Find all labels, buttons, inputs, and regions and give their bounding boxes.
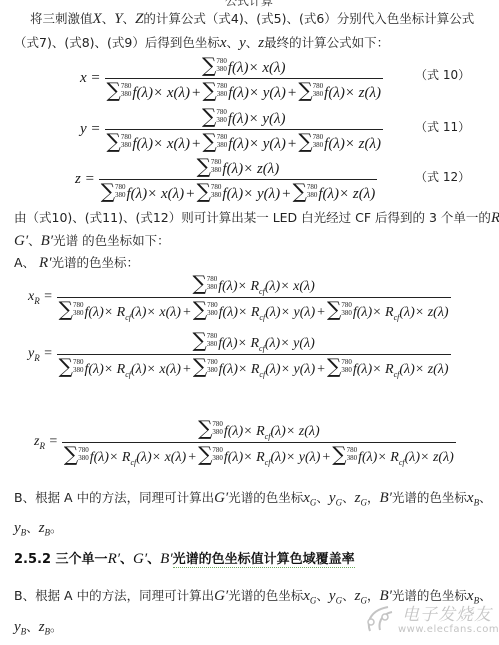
watermark-url: www.elecfans.com <box>398 624 499 635</box>
equation-yR: yR = ∑780380f(λ)× Rcf(λ)× y(λ) ∑780380f(… <box>28 330 451 379</box>
intro-line-1: 将三刺激值X、Y、Z的计算公式（式4)、(式5)、(式6）分别代入色坐标计算公式 <box>30 8 491 30</box>
equation-10: x = ∑780380f(λ)× x(λ) ∑780380f(λ)× x(λ)+… <box>80 55 383 102</box>
intro-line-2: （式7)、(式8)、(式9）后得到色坐标x、y、z最终的计算公式如下： <box>14 32 491 54</box>
section-heading-2-5-2: 2.5.2 三个单一R′、G′、B′光谱的色坐标值计算色域覆盖率 <box>14 548 355 568</box>
equation-12: z = ∑780380f(λ)× z(λ) ∑780380f(λ)× x(λ)+… <box>75 156 377 203</box>
equation-10-number: （式 10） <box>415 66 470 83</box>
equation-zR: zR = ∑780380f(λ)× Rcf(λ)× z(λ) ∑780380f(… <box>34 418 456 467</box>
section-b-line-2: yB、zB。 <box>14 517 491 544</box>
equation-11: y = ∑780380f(λ)× y(λ) ∑780380f(λ)× x(λ)+… <box>80 106 383 153</box>
equation-12-number: （式 12） <box>415 168 470 185</box>
equation-11-number: （式 11） <box>415 118 470 135</box>
equation-xR: xR = ∑780380f(λ)× Rcf(λ)× x(λ) ∑780380f(… <box>28 273 451 322</box>
watermark: 电子发烧友 www.elecfans.com <box>362 600 499 645</box>
after-eq-line-2: G′、B′光谱 的色坐标如下： <box>14 230 491 252</box>
after-eq-line-1: 由（式10)、(式11)、(式12）则可计算出某一 LED 白光经过 CF 后得… <box>14 207 491 229</box>
elecfans-logo-icon <box>362 604 396 634</box>
section-b-line-1: B、根据 A 中的方法，同理可计算出G′光谱的色坐标xG、yG、zG，B′光谱的… <box>14 487 491 514</box>
section-a-label: A、 R′光谱的色坐标： <box>14 252 491 274</box>
watermark-cn: 电子发烧友 <box>402 600 492 625</box>
